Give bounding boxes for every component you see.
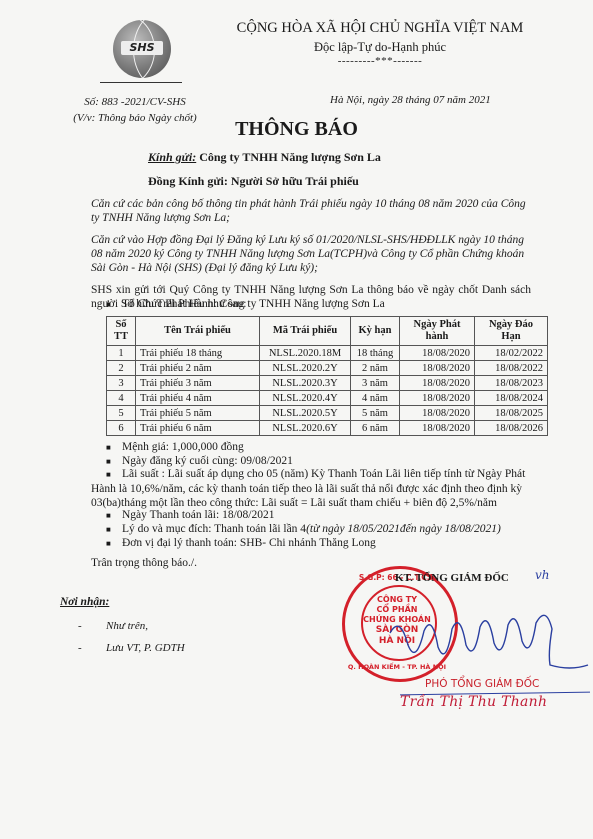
bond-code: NLSL.2020.18M	[260, 346, 351, 361]
signatory-title: KT. TỔNG GIÁM ĐỐC	[395, 572, 509, 584]
table-row: 5Trái phiếu 5 nămNLSL.2020.5Y5 năm18/08/…	[107, 406, 548, 421]
table-header-row: Số TT Tên Trái phiếu Mã Trái phiếu Kỳ hạ…	[107, 317, 548, 346]
document-title: THÔNG BÁO	[0, 118, 593, 141]
maturity-date: 18/08/2022	[475, 361, 548, 376]
maturity-date: 18/08/2024	[475, 391, 548, 406]
bond-term: 18 tháng	[351, 346, 400, 361]
issue-date: 18/08/2020	[400, 391, 475, 406]
bond-name: Trái phiếu 18 tháng	[136, 346, 260, 361]
row-number: 3	[107, 376, 136, 391]
col-header-no: Số TT	[107, 317, 136, 346]
purpose-item: ■Lý do và mục đích: Thanh toán lãi lần 4…	[106, 523, 501, 537]
bullet-icon: ■	[106, 537, 122, 551]
bullet-icon: ■	[106, 298, 122, 312]
bond-name: Trái phiếu 4 năm	[136, 391, 260, 406]
document-number: Số: 883 -2021/CV-SHS	[60, 94, 210, 110]
addressee-value: Công ty TNHH Năng lượng Sơn La	[196, 150, 381, 164]
bond-term: 3 năm	[351, 376, 400, 391]
bond-name: Trái phiếu 3 năm	[136, 376, 260, 391]
closing-line: Trân trọng thông báo./.	[91, 557, 197, 569]
issue-date: 18/08/2020	[400, 421, 475, 436]
addressee-label: Kính gửi:	[148, 150, 196, 164]
paying-agent-item: ■Đơn vị đại lý thanh toán: SHB- Chi nhán…	[106, 537, 501, 551]
maturity-date: 18/08/2026	[475, 421, 548, 436]
maturity-date: 18/08/2023	[475, 376, 548, 391]
table-row: 4Trái phiếu 4 nămNLSL.2020.4Y4 năm18/08/…	[107, 391, 548, 406]
signatory-position: PHÓ TỔNG GIÁM ĐỐC	[425, 678, 539, 690]
issue-date: 18/08/2020	[400, 406, 475, 421]
bond-name: Trái phiếu 6 năm	[136, 421, 260, 436]
col-header-name: Tên Trái phiếu	[136, 317, 260, 346]
maturity-date: 18/08/2025	[475, 406, 548, 421]
bullet-icon: ■	[106, 509, 122, 523]
national-motto: Độc lập-Tự do-Hạnh phúc	[220, 40, 540, 55]
bond-term: 2 năm	[351, 361, 400, 376]
issue-date: 18/08/2020	[400, 346, 475, 361]
col-header-code: Mã Trái phiếu	[260, 317, 351, 346]
bullet-icon: ■	[106, 441, 122, 455]
bond-name: Trái phiếu 5 năm	[136, 406, 260, 421]
recipients-heading: Nơi nhận:	[60, 596, 109, 608]
initials: vh	[535, 568, 550, 582]
bond-term: 5 năm	[351, 406, 400, 421]
recipient-item: -Lưu VT, P. GDTH	[78, 642, 185, 654]
signer-name: Trần Thị Thu Thanh	[400, 694, 547, 710]
recipient-item: -Như trên,	[78, 620, 148, 632]
col-header-maturity-date: Ngày Đáo Hạn	[475, 317, 548, 346]
maturity-date: 18/02/2022	[475, 346, 548, 361]
basis-paragraph-1: Căn cứ các bản công bố thông tin phát hà…	[91, 197, 531, 225]
row-number: 5	[107, 406, 136, 421]
payment-date-item: ■Ngày Thanh toán lãi: 18/08/2021	[106, 509, 501, 523]
issuer-text: Tổ Chức Phát Hành: Công ty TNHH Năng lượ…	[122, 298, 385, 312]
bond-term: 6 năm	[351, 421, 400, 436]
bond-term: 4 năm	[351, 391, 400, 406]
bond-table: Số TT Tên Trái phiếu Mã Trái phiếu Kỳ hạ…	[106, 316, 548, 436]
payment-list: ■Ngày Thanh toán lãi: 18/08/2021 ■Lý do …	[106, 509, 501, 551]
row-number: 2	[107, 361, 136, 376]
table-row: 1Trái phiếu 18 thángNLSL.2020.18M18 thán…	[107, 346, 548, 361]
place-date: Hà Nội, ngày 28 tháng 07 năm 2021	[330, 94, 491, 106]
col-header-issue-date: Ngày Phát hành	[400, 317, 475, 346]
table-row: 3Trái phiếu 3 nămNLSL.2020.3Y3 năm18/08/…	[107, 376, 548, 391]
row-number: 1	[107, 346, 136, 361]
logo-text: SHS	[121, 41, 163, 55]
basis-paragraph-2: Căn cứ vào Hợp đồng Đại lý Đăng ký Lưu k…	[91, 233, 531, 275]
interest-rate-item: ■Lãi suất : Lãi suất áp dụng cho 05 (năm…	[91, 467, 531, 510]
par-value-item: ■Mệnh giá: 1,000,000 đồng	[106, 441, 293, 455]
cc-addressee: Đồng Kính gửi: Người Sở hữu Trái phiếu	[148, 174, 359, 189]
logo-divider	[100, 82, 182, 83]
table-row: 2Trái phiếu 2 nămNLSL.2020.2Y2 năm18/08/…	[107, 361, 548, 376]
issue-date: 18/08/2020	[400, 376, 475, 391]
bond-code: NLSL.2020.5Y	[260, 406, 351, 421]
bullet-icon: ■	[106, 468, 122, 482]
shs-logo: SHS	[113, 20, 171, 78]
bond-code: NLSL.2020.6Y	[260, 421, 351, 436]
national-title: CỘNG HÒA XÃ HỘI CHỦ NGHĨA VIỆT NAM	[220, 20, 540, 37]
seal-line: CÔNG TY	[342, 595, 452, 604]
bond-code: NLSL.2020.4Y	[260, 391, 351, 406]
bond-code: NLSL.2020.2Y	[260, 361, 351, 376]
table-row: 6Trái phiếu 6 nămNLSL.2020.6Y6 năm18/08/…	[107, 421, 548, 436]
issue-date: 18/08/2020	[400, 361, 475, 376]
row-number: 4	[107, 391, 136, 406]
row-number: 6	[107, 421, 136, 436]
details-list: ■Mệnh giá: 1,000,000 đồng ■Ngày đăng ký …	[106, 441, 293, 469]
header-separator: ---------***-------	[220, 55, 540, 67]
col-header-term: Kỳ hạn	[351, 317, 400, 346]
bullet-icon: ■	[106, 523, 122, 537]
bond-code: NLSL.2020.3Y	[260, 376, 351, 391]
bond-name: Trái phiếu 2 năm	[136, 361, 260, 376]
handwritten-signature	[380, 605, 590, 675]
addressee: Kính gửi: Công ty TNHH Năng lượng Sơn La	[148, 150, 381, 165]
issuer-bullet: ■Tổ Chức Phát Hành: Công ty TNHH Năng lư…	[106, 298, 385, 312]
